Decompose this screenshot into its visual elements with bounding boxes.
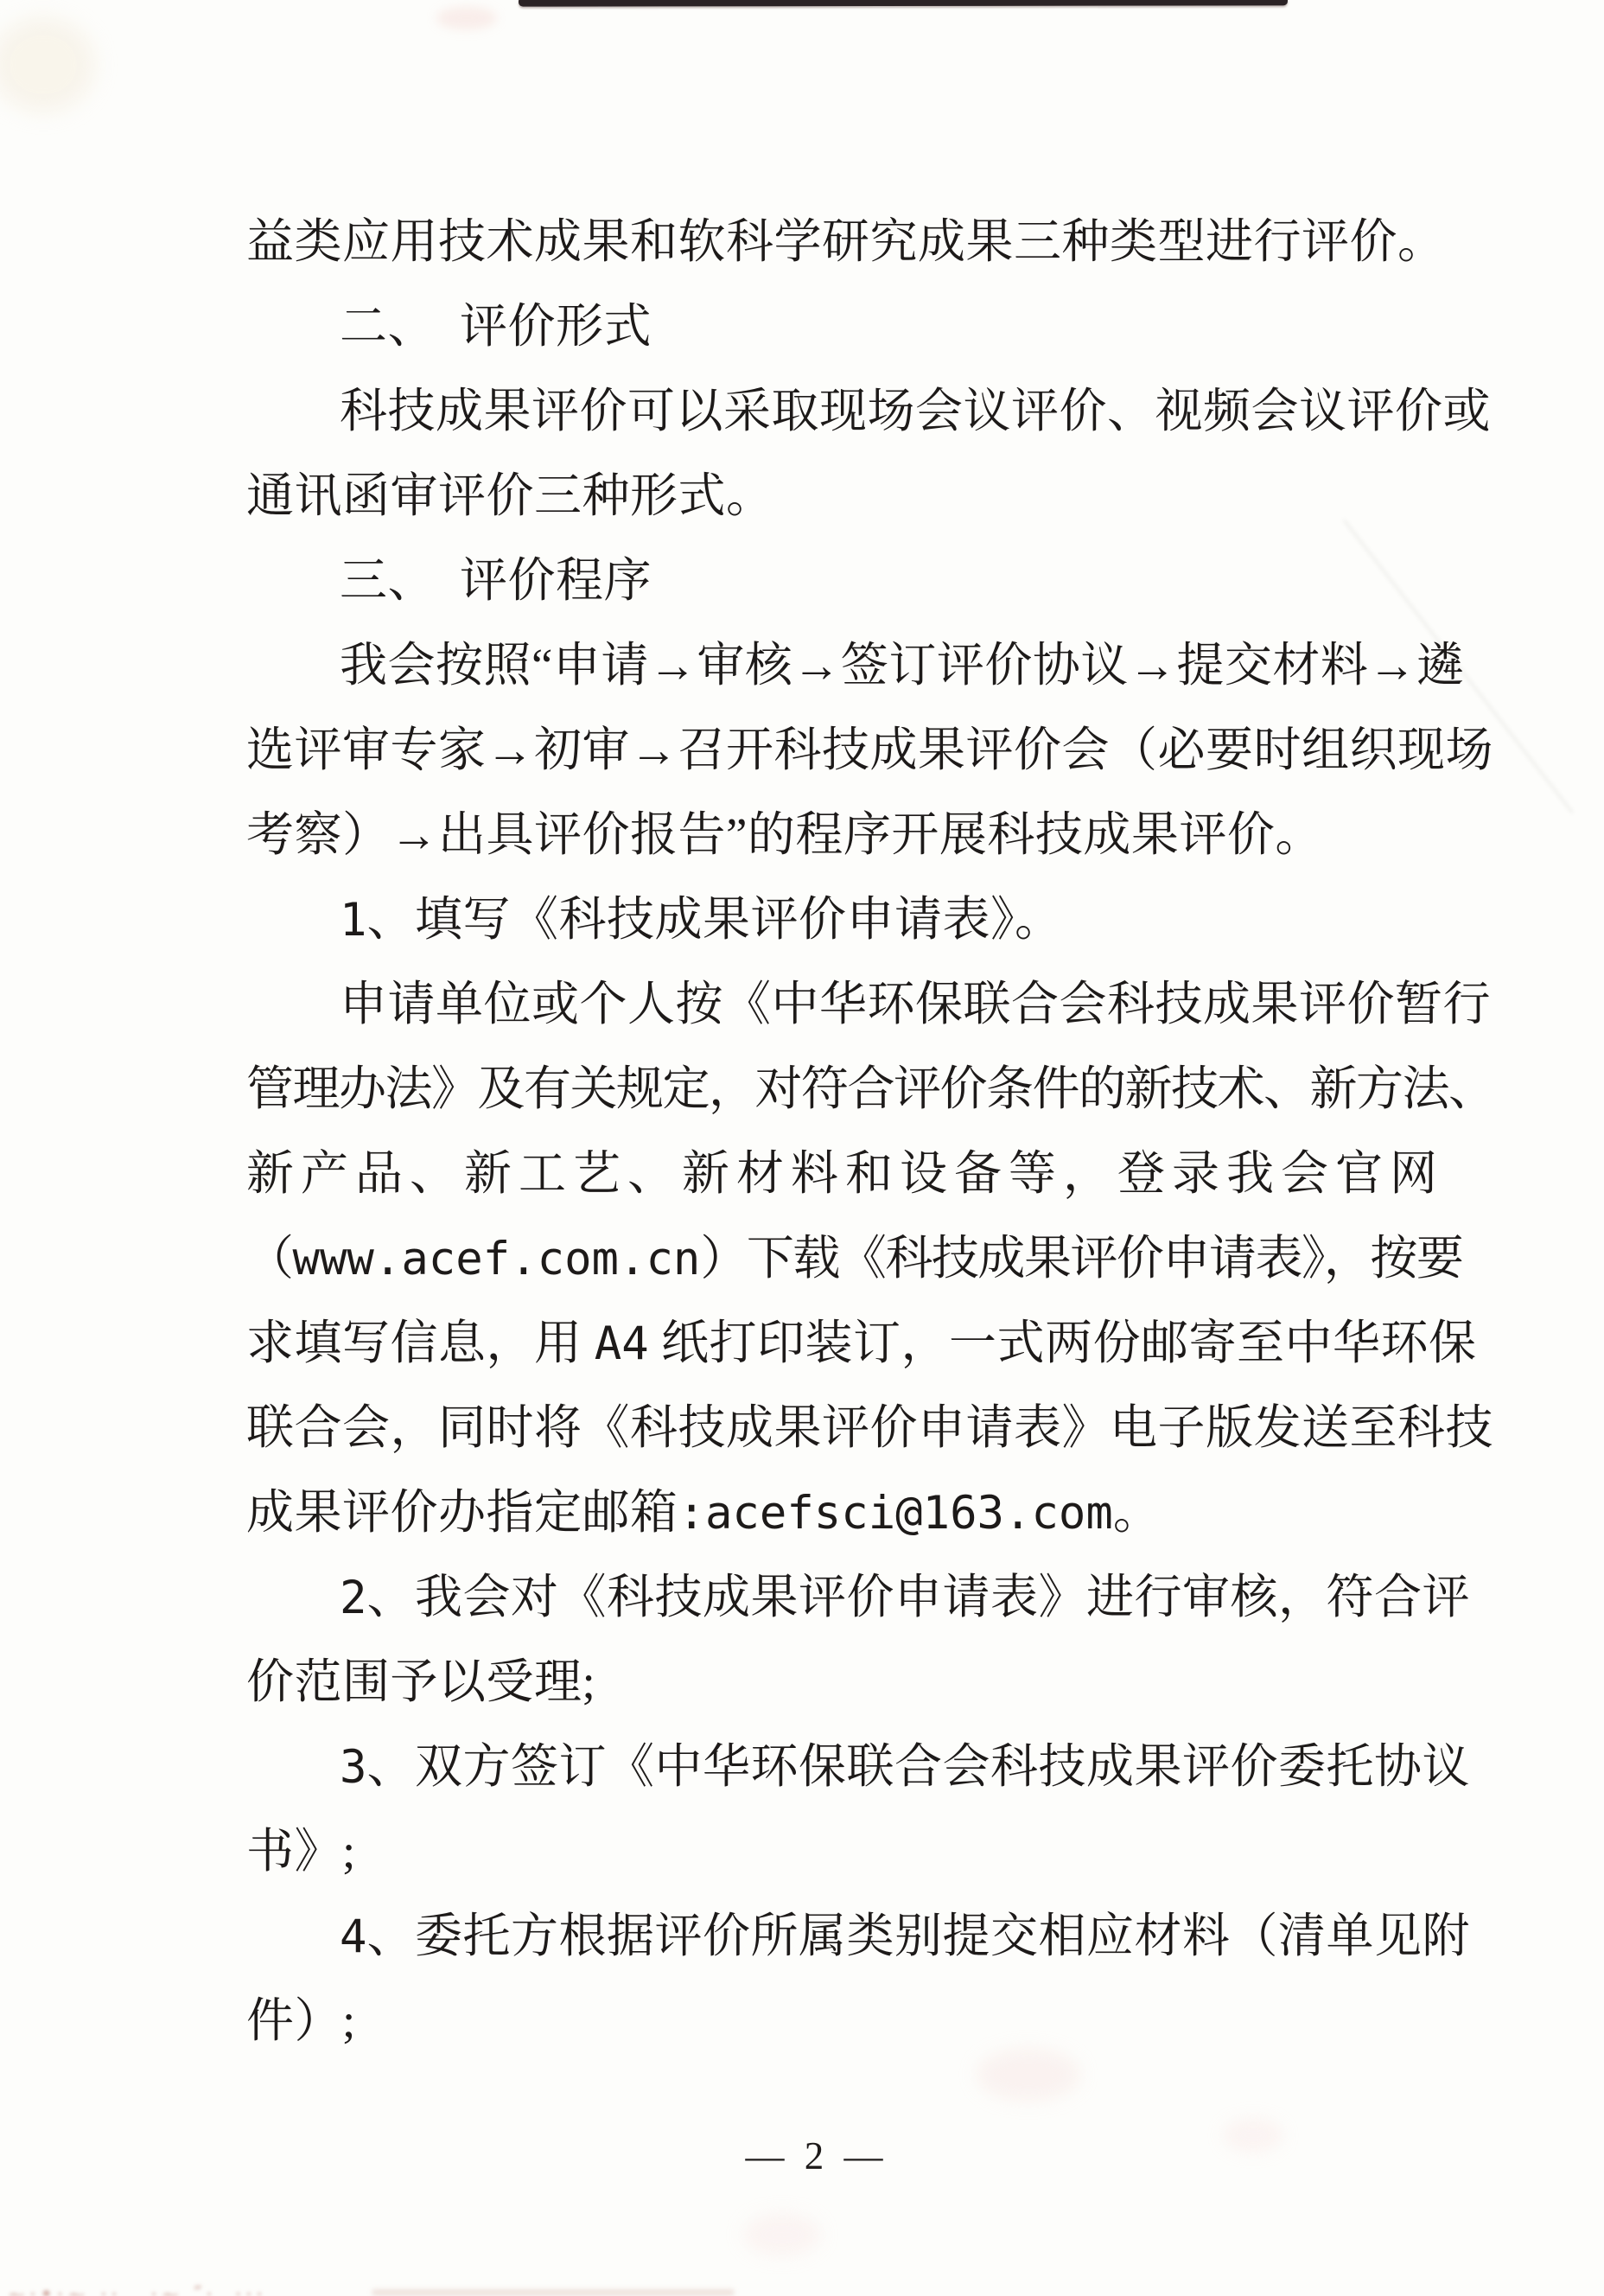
latin-text: 3 — [340, 1742, 366, 1794]
text-line: 三、 评价程序 — [246, 539, 1396, 623]
paper-stain — [436, 7, 497, 29]
paper-stain — [743, 2213, 821, 2256]
text-line: 书》; — [246, 1809, 1396, 1894]
scanned-document-page: 益类应用技术成果和软科学研究成果三种类型进行评价。二、 评价形式科技成果评价可以… — [0, 0, 1604, 2296]
text-line: 考察）→出具评价报告”的程序开展科技成果评价。 — [246, 793, 1396, 877]
text-line: 4、委托方根据评价所属类别提交相应材料（清单见附 — [246, 1894, 1396, 1979]
text-line: 通讯函审评价三种形式。 — [246, 454, 1396, 539]
text-line: 我会按照“申请→审核→签订评价协议→提交材料→遴 — [246, 623, 1396, 708]
text-line: 联合会，同时将《科技成果评价申请表》电子版发送至科技 — [246, 1386, 1396, 1470]
text-line: 二、 评价形式 — [246, 284, 1396, 369]
page-number: — 2 — — [15, 2133, 1604, 2178]
text-line: 3、双方签订《中华环保联合会科技成果评价委托协议 — [246, 1725, 1396, 1809]
scan-edge-artifact — [519, 0, 1288, 7]
latin-text: A4 — [595, 1318, 649, 1370]
text-line: 益类应用技术成果和软科学研究成果三种类型进行评价。 — [246, 200, 1396, 284]
text-line: 1、填写《科技成果评价申请表》。 — [246, 877, 1396, 962]
text-line: （www.acef.com.cn）下载《科技成果评价申请表》，按要 — [246, 1216, 1396, 1301]
latin-text: 4 — [340, 1911, 366, 1963]
text-line: 新产品、新工艺、新材料和设备等，登录我会官网 — [246, 1132, 1396, 1216]
text-line: 价范围予以受理; — [246, 1640, 1396, 1725]
latin-text: www.acef.com.cn — [293, 1234, 701, 1285]
text-line: 成果评价办指定邮箱:acefsci@163.com。 — [246, 1470, 1396, 1555]
paper-stain — [0, 17, 95, 112]
text-line: 件）; — [246, 1979, 1396, 2063]
text-line: 申请单位或个人按《中华环保联合会科技成果评价暂行 — [246, 962, 1396, 1047]
latin-text: :acefsci@163.com — [678, 1488, 1113, 1540]
text-line: 求填写信息，用 A4 纸打印装订，一式两份邮寄至中华环保 — [246, 1301, 1396, 1386]
ink-smudge-bottom-left: ~·•·~ ··‥ ·~ ″·‥···· — [7, 2282, 266, 2296]
latin-text: 2 — [340, 1572, 366, 1624]
text-line: 科技成果评价可以采取现场会议评价、视频会议评价或 — [246, 369, 1396, 454]
text-line: 管理办法》及有关规定，对符合评价条件的新技术、新方法、 — [246, 1047, 1396, 1132]
text-line: 选评审专家→初审→召开科技成果评价会（必要时组织现场 — [246, 708, 1396, 793]
latin-text: 1 — [340, 895, 366, 947]
ink-smudge-bottom-center — [372, 2289, 735, 2296]
document-body-text: 益类应用技术成果和软科学研究成果三种类型进行评价。二、 评价形式科技成果评价可以… — [246, 200, 1396, 2063]
text-line: 2、我会对《科技成果评价申请表》进行审核，符合评 — [246, 1555, 1396, 1640]
